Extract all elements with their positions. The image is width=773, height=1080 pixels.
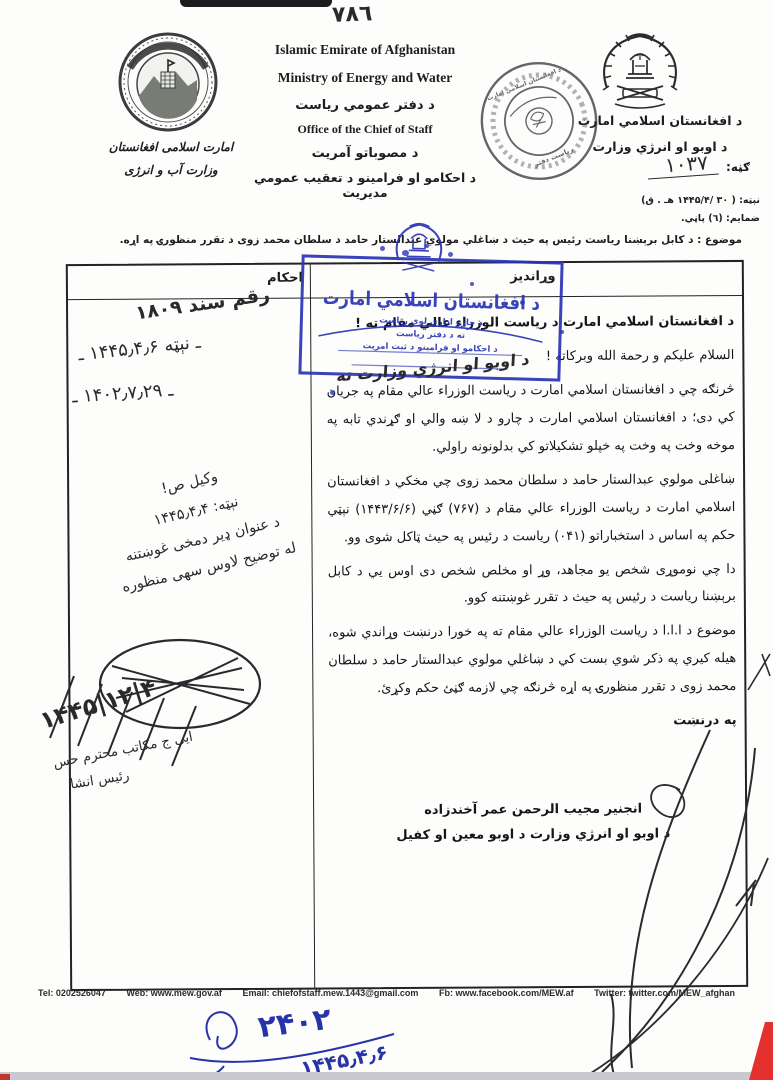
footer-facebook: Fb: www.facebook.com/MEW.af: [439, 988, 574, 998]
date-line: نېټه: ( ۳۰ /۱۴۴۵/۴ هـ . ق): [590, 192, 760, 210]
letterhead-center: Islamic Emirate of Afghanistan Ministry …: [240, 42, 490, 200]
ink-dot: [448, 252, 453, 257]
ink-dot: [425, 244, 429, 248]
column-header-orders: احکام: [243, 271, 303, 286]
scan-red-corner: [735, 1022, 773, 1080]
letter-paragraph-3: دا چي نوموړی شخص يو مجاهد، وړ او مخلص شخ…: [328, 555, 736, 613]
letterhead-office-en: Office of the Chief of Staff: [240, 122, 490, 137]
ministry-seal-icon: [116, 30, 220, 134]
ink-dot: [520, 300, 525, 305]
scan-bottom-band: [0, 1072, 773, 1080]
national-emblem: [597, 26, 683, 114]
scan-artifact-top-bar: [180, 0, 332, 7]
handwritten-ref-number: ٧٨٦: [332, 1, 373, 27]
hw-slash-marks: [30, 668, 280, 788]
ink-dot: [402, 250, 409, 256]
left-logo-caption: امارت اسلامی افغانستان وزارت آب و انرژی: [96, 136, 246, 182]
emirate-emblem-icon: [597, 26, 683, 114]
letterhead-office-ps: د دفتر عمومي رياست: [240, 98, 490, 113]
letterhead-country-en: Islamic Emirate of Afghanistan: [240, 42, 490, 58]
number-label: ګڼه:: [726, 160, 750, 174]
footer-contact-line: Tel: 0202526047 Web: www.mew.gov.af Emai…: [0, 988, 773, 998]
minister-signature: [540, 620, 773, 1080]
letter-paragraph-1: څرنګه چي د افغانستان اسلامي امارت د رياس…: [326, 376, 735, 462]
number-row: ګڼه: ۱۰۳۷: [620, 152, 750, 177]
attachments-line: ضمايم: (٦) پاڼي.: [590, 210, 760, 228]
letterhead-ministry-en: Ministry of Energy and Water: [240, 70, 490, 86]
ink-dot: [560, 330, 564, 334]
left-logo-caption-line1: امارت اسلامی افغانستان: [96, 136, 246, 159]
ink-dot: [380, 246, 385, 251]
scan-red-sliver-left: [0, 1074, 10, 1080]
scanned-letter-page: ٧٨٦ امارت اسلامی افغانستان وزارت آب و ان…: [0, 0, 773, 1080]
ink-dot: [470, 282, 474, 286]
footer-tel: Tel: 0202526047: [38, 988, 106, 998]
letter-paragraph-2: ښاغلی مولوي عبدالستار حامد د سلطان محمد …: [327, 466, 736, 552]
blue-stamp-emblem-icon: [390, 218, 448, 278]
right-header-line1: د افغانستان اسلامي امارت: [560, 108, 760, 134]
left-logo-caption-line2: وزارت آب و انرژی: [96, 159, 246, 182]
footer-email: Email: chiefofstaff.mew.1443@gmail.com: [242, 988, 418, 998]
blue-scrawl-signature: [180, 1000, 420, 1080]
black-scrawl-bottom: [585, 992, 645, 1080]
letterhead-department-ps: د احکامو او فرامينو د تعقيب عمومي مديريت: [240, 170, 490, 200]
ink-dot: [330, 390, 335, 395]
number-value-handwritten: ۱۰۳۷: [646, 150, 719, 180]
footer-web: Web: www.mew.gov.af: [126, 988, 222, 998]
date-attachments-block: نېټه: ( ۳۰ /۱۴۴۵/۴ هـ . ق) ضمايم: (٦) پا…: [590, 192, 760, 228]
letterhead-directorate-ps: د مصوباتو آمريت: [240, 146, 490, 161]
ministry-left-logo: [116, 30, 220, 134]
